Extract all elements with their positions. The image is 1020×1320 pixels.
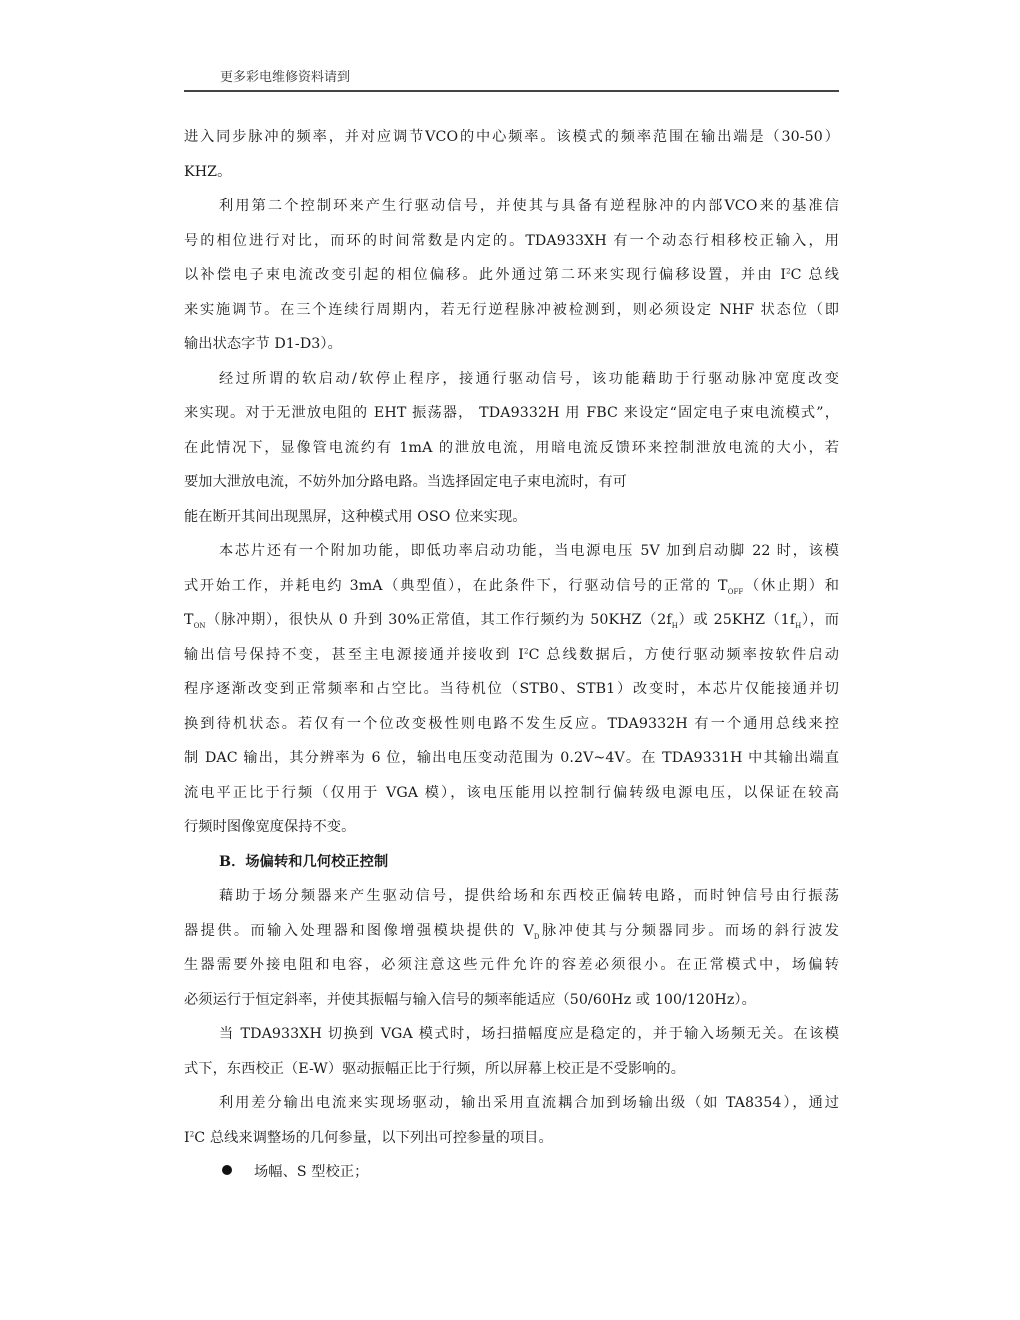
text-line: 要加大泄放电流，不妨外加分路电路。当选择固定电子束电流时，有可 bbox=[184, 465, 839, 500]
header-text: 更多彩电维修资料请到 bbox=[220, 66, 350, 85]
text-span: 以补偿电子束电流改变引起的相位偏移。此外通过第二环来实现行偏移设置，并由 I bbox=[184, 267, 786, 283]
text-span: ）或 25KHZ（1f bbox=[678, 612, 795, 628]
subscript: OFF bbox=[728, 587, 744, 595]
text-line: 利用第二个控制环来产生行驱动信号，并使其与具备有逆程脉冲的内部VCO来的基准信 bbox=[184, 189, 839, 224]
text-line: 本芯片还有一个附加功能，即低功率启动功能，当电源电压 5V 加到启动脚 22 时… bbox=[184, 534, 839, 569]
text-span: C 总线来调整场的几何参量，以下列出可控参量的项目。 bbox=[194, 1130, 552, 1146]
text-line: TON（脉冲期），很快从 0 升到 30%正常值，其工作行频约为 50KHZ（2… bbox=[184, 603, 839, 638]
text-span: 式开始工作，并耗电约 3mA（典型值），在此条件下，行驱动信号的正常的 T bbox=[184, 578, 728, 594]
text-line: 行频时图像宽度保持不变。 bbox=[184, 810, 839, 845]
text-line: 流电平正比于行频（仅用于 VGA 模），该电压能用以控制行偏转级电源电压，以保证… bbox=[184, 776, 839, 811]
text-line: 在此情况下，显像管电流约有 1mA 的泄放电流，用暗电流反馈环来控制泄放电流的大… bbox=[184, 431, 839, 466]
text-line: 来实现。对于无泄放电阻的 EHT 振荡器， TDA9332H 用 FBC 来设定… bbox=[184, 396, 839, 431]
text-line: I2C 总线来调整场的几何参量，以下列出可控参量的项目。 bbox=[184, 1121, 839, 1156]
text-span: C 总线 bbox=[791, 267, 839, 283]
text-span: ），而 bbox=[801, 612, 839, 628]
text-line: 经过所谓的软启动/软停止程序，接通行驱动信号，该功能藉助于行驱动脉冲宽度改变 bbox=[184, 362, 839, 397]
text-line: 器提供。而输入处理器和图像增强模块提供的 VD脉冲使其与分频器同步。而场的斜行波… bbox=[184, 914, 839, 949]
text-line: 藉助于场分频器来产生驱动信号，提供给场和东西校正偏转电路，而时钟信号由行振荡 bbox=[184, 879, 839, 914]
text-line: 以补偿电子束电流改变引起的相位偏移。此外通过第二环来实现行偏移设置，并由 I2C… bbox=[184, 258, 839, 293]
text-line: 号的相位进行对比，而环的时间常数是内定的。TDA933XH 有一个动态行相移校正… bbox=[184, 224, 839, 259]
text-line: 程序逐渐改变到正常频率和占空比。当待机位（STB0、STB1）改变时，本芯片仅能… bbox=[184, 672, 839, 707]
section-heading: B．场偏转和几何校正控制 bbox=[184, 845, 839, 880]
text-line: 当 TDA933XH 切换到 VGA 模式时，场扫描幅度应是稳定的，并于输入场频… bbox=[184, 1017, 839, 1052]
text-line: 式开始工作，并耗电约 3mA（典型值），在此条件下，行驱动信号的正常的 TOFF… bbox=[184, 569, 839, 604]
text-span: C 总线数据后，方使行驱动频率按软件启动 bbox=[529, 647, 839, 663]
list-item-text: 场幅、S 型校正； bbox=[254, 1164, 368, 1180]
text-line: 换到待机状态。若仅有一个位改变极性则电路不发生反应。TDA9332H 有一个通用… bbox=[184, 707, 839, 742]
page-header: 更多彩电维修资料请到 bbox=[184, 64, 839, 92]
bullet-icon bbox=[222, 1165, 232, 1175]
text-line: 利用差分输出电流来实现场驱动，输出采用直流耦合加到场输出级（如 TA8354），… bbox=[184, 1086, 839, 1121]
subscript: ON bbox=[194, 622, 206, 630]
text-line: 输出状态字节 D1-D3）。 bbox=[184, 327, 839, 362]
text-span: 器提供。而输入处理器和图像增强模块提供的 V bbox=[184, 923, 534, 939]
text-line: 输出信号保持不变，甚至主电源接通并接收到 I2C 总线数据后，方使行驱动频率按软… bbox=[184, 638, 839, 673]
document-body: 进入同步脉冲的频率，并对应调节VCO的中心频率。该模式的频率范围在输出端是（30… bbox=[184, 120, 839, 1190]
text-span: 输出信号保持不变，甚至主电源接通并接收到 I bbox=[184, 647, 524, 663]
text-line: 生器需要外接电阻和电容，必须注意这些元件允许的容差必须很小。在正常模式中，场偏转 bbox=[184, 948, 839, 983]
text-line: 进入同步脉冲的频率，并对应调节VCO的中心频率。该模式的频率范围在输出端是（30… bbox=[184, 120, 839, 155]
text-span: T bbox=[184, 612, 194, 628]
list-item: 场幅、S 型校正； bbox=[184, 1155, 839, 1190]
text-line: 必须运行于恒定斜率，并使其振幅与输入信号的频率能适应（50/60Hz 或 100… bbox=[184, 983, 839, 1018]
text-line: KHZ。 bbox=[184, 155, 839, 190]
text-line: 来实施调节。在三个连续行周期内，若无行逆程脉冲被检测到，则必须设定 NHF 状态… bbox=[184, 293, 839, 328]
text-span: 脉冲使其与分频器同步。而场的斜行波发 bbox=[540, 923, 839, 939]
text-line: 能在断开其间出现黑屏，这种模式用 OSO 位来实现。 bbox=[184, 500, 839, 535]
text-line: 制 DAC 输出，其分辨率为 6 位，输出电压变动范围为 0.2V~4V。在 T… bbox=[184, 741, 839, 776]
text-line: 式下，东西校正（E-W）驱动振幅正比于行频，所以屏幕上校正是不受影响的。 bbox=[184, 1052, 839, 1087]
text-span: （休止期）和 bbox=[743, 578, 839, 594]
text-span: （脉冲期），很快从 0 升到 30%正常值，其工作行频约为 50KHZ（2f bbox=[206, 612, 672, 628]
